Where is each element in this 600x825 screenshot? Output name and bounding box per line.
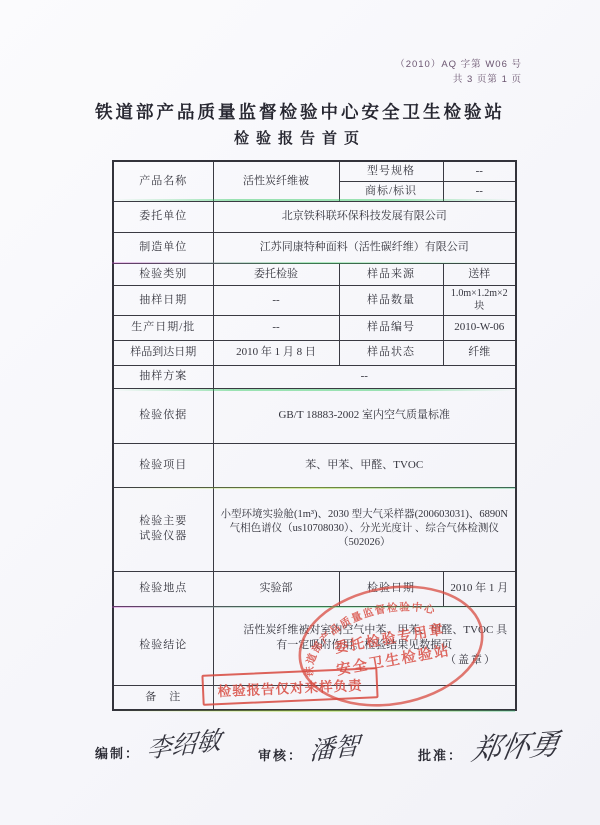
category-label: 检验类别 <box>113 263 213 285</box>
prepared-signature: 李绍敏 <box>146 720 222 766</box>
page-number: 共 3 页第 1 页 <box>395 72 522 87</box>
manufacturer-value: 江苏同康特种面料（活性碳纤维）有限公司 <box>213 232 516 263</box>
sampling-date-label: 抽样日期 <box>113 285 213 315</box>
remark-value <box>213 685 516 710</box>
instruments-value: 小型环境实验舱(1m³)、2030 型大气采样器(200603031)、6890… <box>213 487 516 571</box>
sampling-date-value: -- <box>213 285 339 315</box>
instruments-label-line1: 检验主要 <box>139 515 187 527</box>
seal-here-note: （盖章） <box>218 653 512 668</box>
reviewed-by: 审核：潘智 <box>258 732 359 768</box>
table-row: 检验项目 苯、甲苯、甲醛、TVOC <box>113 443 516 487</box>
prod-date-label: 生产日期/批 <box>113 315 213 340</box>
prod-date-value: -- <box>213 315 339 340</box>
reviewed-label: 审核： <box>258 748 303 763</box>
approved-by: 批准：郑怀勇 <box>418 728 556 769</box>
signature-row: 编制：李绍敏 审核：潘智 批准：郑怀勇 <box>0 722 600 792</box>
insp-date-label: 检验日期 <box>339 571 443 606</box>
reviewed-signature: 潘智 <box>309 725 361 768</box>
table-row: 产品名称 活性炭纤维被 型号规格 -- <box>113 161 516 181</box>
table-row: 委托单位 北京铁科联环保科技发展有限公司 <box>113 201 516 232</box>
trademark-value: -- <box>443 181 516 201</box>
table-row: 检验地点 实验部 检验日期 2010 年 1 月 <box>113 571 516 606</box>
basis-label: 检验依据 <box>113 388 213 443</box>
remark-label: 备 注 <box>113 685 213 710</box>
page-subtitle: 检验报告首页 <box>0 127 600 148</box>
table-row: 备 注 <box>113 685 516 710</box>
instruments-label: 检验主要 试验仪器 <box>113 487 213 571</box>
approved-label: 批准： <box>418 748 463 763</box>
sampling-plan-value: -- <box>213 365 516 388</box>
sample-state-value: 纤维 <box>443 340 516 365</box>
sample-no-value: 2010-W-06 <box>443 315 516 340</box>
trademark-label: 商标/标识 <box>339 181 443 201</box>
inspection-report-table: 产品名称 活性炭纤维被 型号规格 -- 商标/标识 -- 委托单位 北京铁科联环… <box>112 160 517 711</box>
table-row: 检验主要 试验仪器 小型环境实验舱(1m³)、2030 型大气采样器(20060… <box>113 487 516 571</box>
conclusion-label: 检验结论 <box>113 606 213 685</box>
basis-value: GB/T 18883-2002 室内空气质量标准 <box>213 388 516 443</box>
table-row: 制造单位 江苏同康特种面料（活性碳纤维）有限公司 <box>113 232 516 263</box>
table-row: 抽样日期 -- 样品数量 1.0m×1.2m×2 块 <box>113 285 516 315</box>
product-name-value: 活性炭纤维被 <box>213 161 339 201</box>
items-label: 检验项目 <box>113 443 213 487</box>
conclusion-cell: 活性炭纤维被对室内空气中苯、甲苯、甲醛、TVOC 具有一定吸附作用。检验结果见数… <box>213 606 516 685</box>
table-row: 检验类别 委托检验 样品来源 送样 <box>113 263 516 285</box>
table-row: 样品到达日期 2010 年 1 月 8 日 样品状态 纤维 <box>113 340 516 365</box>
sample-source-label: 样品来源 <box>339 263 443 285</box>
model-label: 型号规格 <box>339 161 443 181</box>
instruments-label-line2: 试验仪器 <box>139 530 187 542</box>
sampling-plan-label: 抽样方案 <box>113 365 213 388</box>
sample-qty-label: 样品数量 <box>339 285 443 315</box>
table-row: 检验依据 GB/T 18883-2002 室内空气质量标准 <box>113 388 516 443</box>
sample-qty-value: 1.0m×1.2m×2 块 <box>443 285 516 315</box>
sample-source-value: 送样 <box>443 263 516 285</box>
arrival-date-label: 样品到达日期 <box>113 340 213 365</box>
table-row: 抽样方案 -- <box>113 365 516 388</box>
client-value: 北京铁科联环保科技发展有限公司 <box>213 201 516 232</box>
items-value: 苯、甲苯、甲醛、TVOC <box>213 443 516 487</box>
approved-signature: 郑怀勇 <box>469 721 563 769</box>
location-label: 检验地点 <box>113 571 213 606</box>
product-name-label: 产品名称 <box>113 161 213 201</box>
sample-state-label: 样品状态 <box>339 340 443 365</box>
manufacturer-label: 制造单位 <box>113 232 213 263</box>
document-number: （2010）AQ 字第 W06 号 <box>395 57 522 72</box>
client-label: 委托单位 <box>113 201 213 232</box>
category-value: 委托检验 <box>213 263 339 285</box>
document-meta: （2010）AQ 字第 W06 号 共 3 页第 1 页 <box>395 57 522 87</box>
location-value: 实验部 <box>213 571 339 606</box>
prepared-by: 编制：李绍敏 <box>95 730 221 766</box>
arrival-date-value: 2010 年 1 月 8 日 <box>213 340 339 365</box>
table-row: 生产日期/批 -- 样品编号 2010-W-06 <box>113 315 516 340</box>
prepared-label: 编制： <box>95 746 140 761</box>
insp-date-value: 2010 年 1 月 <box>443 571 516 606</box>
page-title: 铁道部产品质量监督检验中心安全卫生检验站 <box>0 99 600 124</box>
table-row: 检验结论 活性炭纤维被对室内空气中苯、甲苯、甲醛、TVOC 具有一定吸附作用。检… <box>113 606 516 685</box>
model-value: -- <box>443 161 516 181</box>
conclusion-text: 活性炭纤维被对室内空气中苯、甲苯、甲醛、TVOC 具有一定吸附作用。检验结果见数… <box>243 624 507 651</box>
sample-no-label: 样品编号 <box>339 315 443 340</box>
scanned-report-page: （2010）AQ 字第 W06 号 共 3 页第 1 页 铁道部产品质量监督检验… <box>0 0 600 825</box>
